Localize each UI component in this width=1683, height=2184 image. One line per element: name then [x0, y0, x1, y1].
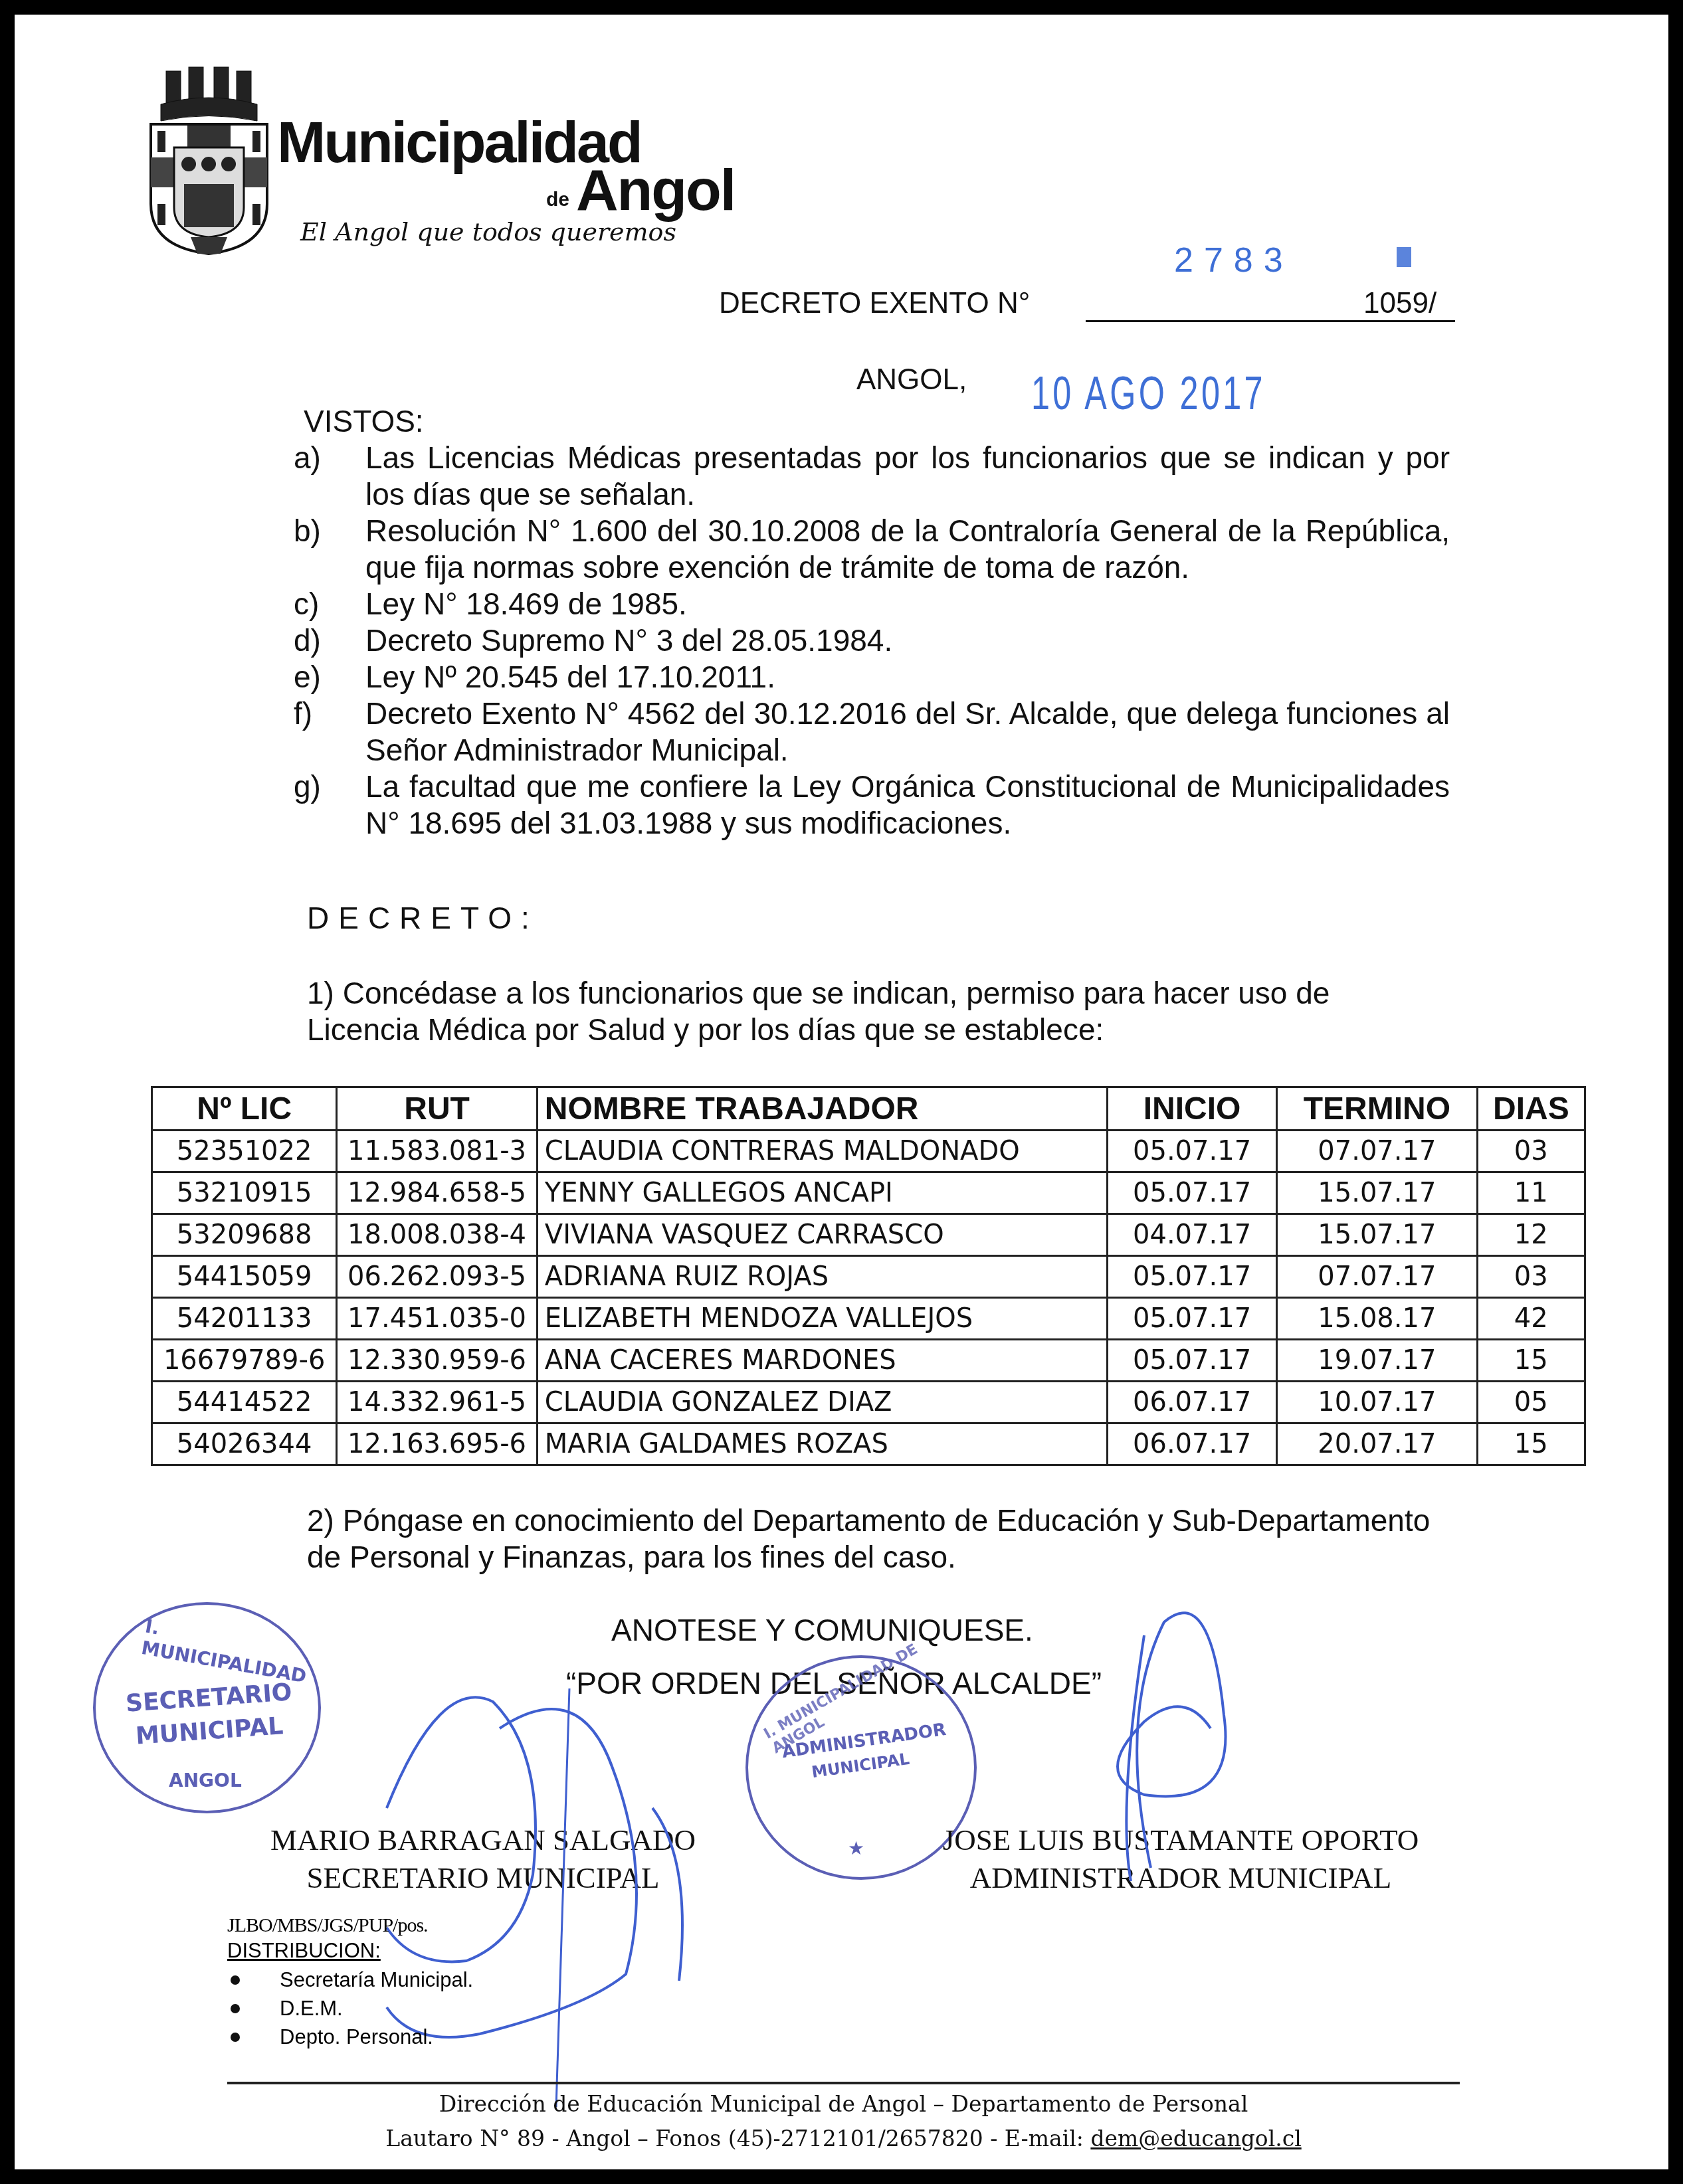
secretario-stamp: I. MUNICIPALIDAD SECRETARIO MUNICIPAL AN…: [93, 1602, 321, 1813]
bullet-icon: [231, 2033, 240, 2042]
item-text: Ley N° 18.469 de 1985.: [365, 586, 1450, 622]
table-row: 5320968818.008.038-4VIVIANA VASQUEZ CARR…: [152, 1214, 1585, 1256]
cell-lic: 54414522: [152, 1382, 337, 1423]
stamp-bottom-text: ANGOL: [169, 1770, 242, 1791]
cell-inicio: 04.07.17: [1107, 1214, 1276, 1256]
cell-rut: 12.163.695-6: [337, 1423, 538, 1465]
distribution-item: Secretaría Municipal.: [227, 1965, 473, 1994]
table-row: 5420113317.451.035-0ELIZABETH MENDOZA VA…: [152, 1298, 1585, 1340]
cell-termino: 07.07.17: [1277, 1256, 1478, 1298]
cell-lic: 52351022: [152, 1131, 337, 1172]
stamp-mark: [1397, 247, 1411, 267]
footer-email-link[interactable]: dem@educangol.cl: [1090, 2126, 1301, 2151]
table-row: 16679789-612.330.959-6ANA CACERES MARDON…: [152, 1340, 1585, 1382]
vistos-list: a)Las Licencias Médicas presentadas por …: [294, 440, 1450, 842]
cell-inicio: 05.07.17: [1107, 1131, 1276, 1172]
signature-block-administrador: JOSE LUIS BUSTAMANTE OPORTO ADMINISTRADO…: [898, 1821, 1463, 1897]
signer-title: ADMINISTRADOR MUNICIPAL: [898, 1859, 1463, 1897]
cell-termino: 10.07.17: [1277, 1382, 1478, 1423]
decreto-heading: DECRETO:: [307, 900, 539, 937]
decree-number: 1059/: [1363, 287, 1436, 320]
vistos-item: g)La facultad que me confiere la Ley Org…: [294, 769, 1450, 842]
footer-address: Lautaro N° 89 - Angol – Fonos (45)-27121…: [385, 2126, 1090, 2151]
item-letter: d): [294, 622, 365, 659]
decree-label: DECRETO EXENTO N°: [719, 287, 1030, 320]
table-row: 5321091512.984.658-5YENNY GALLEGOS ANCAP…: [152, 1172, 1585, 1214]
cell-lic: 53209688: [152, 1214, 337, 1256]
cell-rut: 14.332.961-5: [337, 1382, 538, 1423]
bullet-icon: [231, 1975, 240, 1985]
cell-dias: 12: [1477, 1214, 1585, 1256]
vistos-item: b)Resolución N° 1.600 del 30.10.2008 de …: [294, 513, 1450, 586]
cell-dias: 15: [1477, 1340, 1585, 1382]
vistos-item: d)Decreto Supremo N° 3 del 28.05.1984.: [294, 622, 1450, 659]
cell-termino: 19.07.17: [1277, 1340, 1478, 1382]
vistos-item: e)Ley Nº 20.545 del 17.10.2011.: [294, 659, 1450, 695]
distribution-item-label: D.E.M.: [280, 1997, 343, 2021]
col-header-inicio: INICIO: [1107, 1087, 1276, 1131]
cell-inicio: 05.07.17: [1107, 1298, 1276, 1340]
item-letter: b): [294, 513, 365, 586]
footer-divider: [227, 2082, 1460, 2084]
item-letter: f): [294, 695, 365, 769]
signature-block-secretario: MARIO BARRAGAN SALGADO SECRETARIO MUNICI…: [250, 1821, 716, 1897]
distribution-item: Depto. Personal.: [227, 2023, 473, 2051]
cell-rut: 12.984.658-5: [337, 1172, 538, 1214]
cell-termino: 15.08.17: [1277, 1298, 1478, 1340]
distribution-heading: DISTRIBUCION:: [227, 1939, 381, 1963]
date-stamp: 10 AGO 2017: [1031, 367, 1266, 420]
col-header-dias: DIAS: [1477, 1087, 1585, 1131]
col-header-name: NOMBRE TRABAJADOR: [537, 1087, 1107, 1131]
cell-termino: 15.07.17: [1277, 1214, 1478, 1256]
anotese-text: ANOTESE Y COMUNIQUESE.: [611, 1612, 1033, 1649]
cell-inicio: 05.07.17: [1107, 1172, 1276, 1214]
cell-rut: 06.262.093-5: [337, 1256, 538, 1298]
footer-contact: Lautaro N° 89 - Angol – Fonos (45)-27121…: [227, 2126, 1460, 2151]
cell-termino: 07.07.17: [1277, 1131, 1478, 1172]
signer-name: JOSE LUIS BUSTAMANTE OPORTO: [898, 1821, 1463, 1859]
table-row: 5441452214.332.961-5CLAUDIA GONZALEZ DIA…: [152, 1382, 1585, 1423]
item-text: Resolución N° 1.600 del 30.10.2008 de la…: [365, 513, 1450, 586]
item-text: Decreto Supremo N° 3 del 28.05.1984.: [365, 622, 1450, 659]
cell-dias: 03: [1477, 1256, 1585, 1298]
item-text: La facultad que me confiere la Ley Orgán…: [365, 769, 1450, 842]
cell-lic: 54415059: [152, 1256, 337, 1298]
place-label: ANGOL,: [856, 363, 967, 397]
col-header-rut: RUT: [337, 1087, 538, 1131]
cell-dias: 05: [1477, 1382, 1585, 1423]
distribution-item-label: Secretaría Municipal.: [280, 1968, 473, 1992]
cell-dias: 42: [1477, 1298, 1585, 1340]
bullet-icon: [231, 2004, 240, 2013]
item-letter: a): [294, 440, 365, 513]
document-page: Municipalidad Angol de El Angol que todo…: [15, 15, 1668, 2169]
item-text: Ley Nº 20.545 del 17.10.2011.: [365, 659, 1450, 695]
item-letter: c): [294, 586, 365, 622]
cell-rut: 17.451.035-0: [337, 1298, 538, 1340]
registry-stamp-number: 2783: [1174, 240, 1294, 280]
cell-dias: 03: [1477, 1131, 1585, 1172]
cell-termino: 20.07.17: [1277, 1423, 1478, 1465]
vistos-item: a)Las Licencias Médicas presentadas por …: [294, 440, 1450, 513]
cell-dias: 15: [1477, 1423, 1585, 1465]
cell-rut: 11.583.081-3: [337, 1131, 538, 1172]
item-letter: g): [294, 769, 365, 842]
cell-name: ELIZABETH MENDOZA VALLEJOS: [537, 1298, 1107, 1340]
reference-initials: JLBO/MBS/JGS/PUP/pos.: [227, 1914, 428, 1937]
cell-inicio: 05.07.17: [1107, 1256, 1276, 1298]
decree-underline: [1086, 320, 1455, 322]
distribution-item-label: Depto. Personal.: [280, 2025, 433, 2049]
table-header-row: Nº LIC RUT NOMBRE TRABAJADOR INICIO TERM…: [152, 1087, 1585, 1131]
cell-dias: 11: [1477, 1172, 1585, 1214]
cell-name: CLAUDIA CONTRERAS MALDONADO: [537, 1131, 1107, 1172]
brand-slogan: El Angol que todos queremos: [300, 217, 676, 246]
cell-name: VIVIANA VASQUEZ CARRASCO: [537, 1214, 1107, 1256]
cell-termino: 15.07.17: [1277, 1172, 1478, 1214]
coat-of-arms-icon: [148, 58, 270, 257]
cell-name: ANA CACERES MARDONES: [537, 1340, 1107, 1382]
col-header-lic: Nº LIC: [152, 1087, 337, 1131]
decreto-point-2: 2) Póngase en conocimiento del Departame…: [307, 1502, 1450, 1576]
stamp-line1: SECRETARIO: [125, 1679, 293, 1717]
distribution-item: D.E.M.: [227, 1994, 473, 2023]
vistos-item: c)Ley N° 18.469 de 1985.: [294, 586, 1450, 622]
cell-inicio: 06.07.17: [1107, 1423, 1276, 1465]
star-icon: ★: [848, 1837, 864, 1859]
table-row: 5441505906.262.093-5ADRIANA RUIZ ROJAS05…: [152, 1256, 1585, 1298]
cell-name: ADRIANA RUIZ ROJAS: [537, 1256, 1107, 1298]
cell-lic: 53210915: [152, 1172, 337, 1214]
stamp-line2: MUNICIPAL: [135, 1712, 284, 1750]
cell-rut: 12.330.959-6: [337, 1340, 538, 1382]
brand-city: Angol: [576, 161, 735, 219]
table-row: 5235102211.583.081-3CLAUDIA CONTRERAS MA…: [152, 1131, 1585, 1172]
cell-name: CLAUDIA GONZALEZ DIAZ: [537, 1382, 1107, 1423]
cell-lic: 16679789-6: [152, 1340, 337, 1382]
cell-inicio: 05.07.17: [1107, 1340, 1276, 1382]
vistos-heading: VISTOS:: [304, 403, 424, 440]
vistos-item: f)Decreto Exento N° 4562 del 30.12.2016 …: [294, 695, 1450, 769]
brand-de: de: [546, 189, 569, 211]
signer-name: MARIO BARRAGAN SALGADO: [250, 1821, 716, 1859]
table-body: 5235102211.583.081-3CLAUDIA CONTRERAS MA…: [152, 1131, 1585, 1465]
table-row: 5402634412.163.695-6MARIA GALDAMES ROZAS…: [152, 1423, 1585, 1465]
distribution-list: Secretaría Municipal. D.E.M. Depto. Pers…: [227, 1965, 473, 2051]
cell-lic: 54026344: [152, 1423, 337, 1465]
decreto-point-1: 1) Concédase a los funcionarios que se i…: [307, 975, 1450, 1048]
footer-department: Dirección de Educación Municipal de Ango…: [227, 2091, 1460, 2117]
stamp-ring-text: I. MUNICIPALIDAD: [140, 1615, 320, 1688]
item-letter: e): [294, 659, 365, 695]
item-text: Decreto Exento N° 4562 del 30.12.2016 de…: [365, 695, 1450, 769]
license-table: Nº LIC RUT NOMBRE TRABAJADOR INICIO TERM…: [151, 1086, 1586, 1466]
cell-name: YENNY GALLEGOS ANCAPI: [537, 1172, 1107, 1214]
cell-lic: 54201133: [152, 1298, 337, 1340]
cell-inicio: 06.07.17: [1107, 1382, 1276, 1423]
cell-rut: 18.008.038-4: [337, 1214, 538, 1256]
signer-title: SECRETARIO MUNICIPAL: [250, 1859, 716, 1897]
item-text: Las Licencias Médicas presentadas por lo…: [365, 440, 1450, 513]
cell-name: MARIA GALDAMES ROZAS: [537, 1423, 1107, 1465]
col-header-termino: TERMINO: [1277, 1087, 1478, 1131]
